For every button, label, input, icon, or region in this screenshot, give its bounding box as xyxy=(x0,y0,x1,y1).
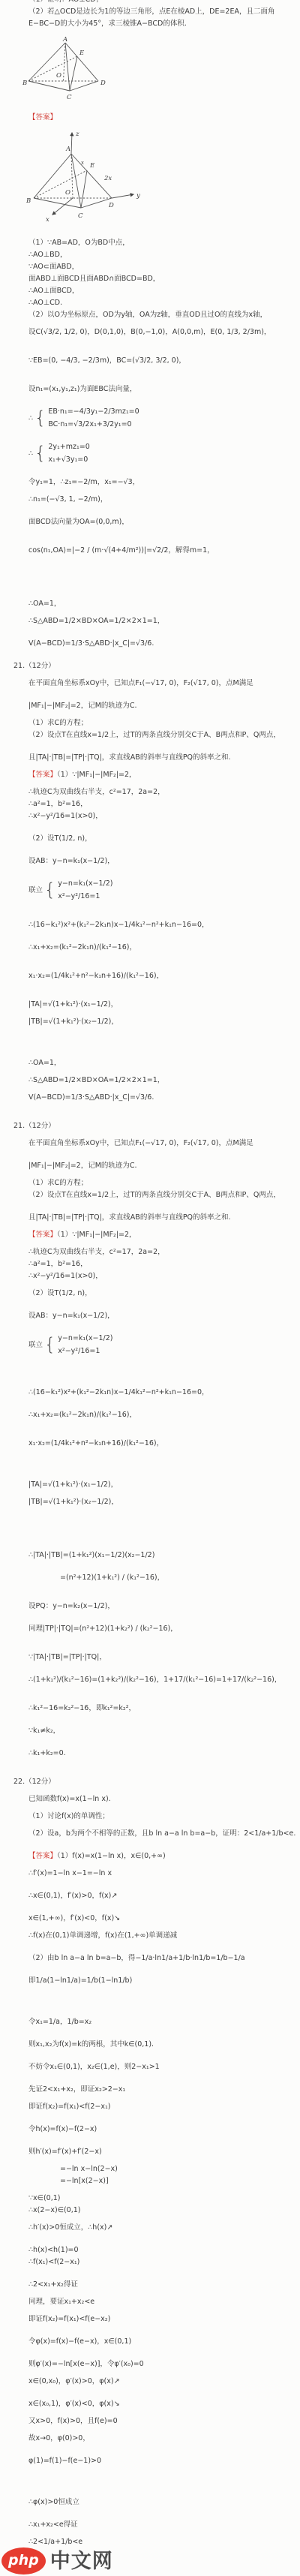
doc-line: 且|TA|·|TB|=|TP|·|TQ|，求直线AB的斜率与直线PQ的斜率之和. xyxy=(28,1213,300,1222)
fig2-label-C: C xyxy=(78,212,83,220)
clipped-question-line: （1）证明：AO⊥CD； xyxy=(28,0,300,5)
document-page: （1）证明：AO⊥CD； （2）若△OCD是边长为1的等边三角形，点E在棱AD上… xyxy=(0,0,300,2576)
doc-line: 则φ′(x)=−ln[x(e−x)]，令φ′(x₀)=0 xyxy=(28,2359,300,2369)
tetrahedron-edges xyxy=(28,43,98,91)
doc-line: （1）求C的方程； xyxy=(28,1178,300,1188)
doc-line: 联立{y−n=k₁(x−1/2)x²−y²/16=1 xyxy=(28,879,300,901)
doc-line: 在平面直角坐标系xOy中，已知点F₁(−√17, 0)，F₂(√17, 0)，点… xyxy=(28,1138,300,1148)
answer-label: 【答案】 xyxy=(28,771,57,779)
doc-line: ∴S△ABD=1/2×BD×OA=1/2×2×1=1， xyxy=(28,1075,300,1085)
doc-line: （2）设T(1/2, n)， xyxy=(28,834,300,843)
figure-tetrahedron: A E O B D C xyxy=(22,36,300,102)
doc-line: ∴OA=1， xyxy=(28,1058,300,1068)
tetrahedron-axes-edges xyxy=(34,133,133,215)
doc-line: 同理，要证x₁+x₂<e xyxy=(28,2297,300,2307)
doc-line: 同理|TP|·|TQ|=(n²+12)(1+k₂²) / (k₂²−16)， xyxy=(28,1624,300,1634)
doc-line: ∴AO⊥BD， xyxy=(28,250,300,260)
doc-line: 故x→0，φ(0)>0， xyxy=(28,2433,300,2443)
doc-line: 令y₁=1，∴z₁=−2/m，x₁=−√3， xyxy=(28,477,300,487)
doc-line: V(A−BCD)=1/3·S△ABD·|x_C|=√3/6. xyxy=(28,1093,300,1102)
question-number: 21.（12分） xyxy=(13,1121,300,1131)
doc-line: ∴x²−y²/16=1(x>0)， xyxy=(28,811,300,821)
doc-line: ∵AO⊂面ABD， xyxy=(28,262,300,272)
doc-line: 设PQ：y−n=k₂(x−1/2)， xyxy=(28,1601,300,1611)
fig2-label-segment-x: x xyxy=(81,160,84,166)
doc-line: （2）设a，b为两个不相等的正数，且b ln a−a ln b=a−b，证明：2… xyxy=(28,1829,300,1838)
doc-line: ∴x²−y²/16=1(x>0)， xyxy=(28,1271,300,1281)
tetrahedron-figure: A E O B D C xyxy=(22,36,120,102)
doc-line: 先证2<x₁+x₂，即证x₂>2−x₁ xyxy=(28,2085,300,2094)
doc-line: V(A−BCD)=1/3·S△ABD·|x_C|=√3/6. xyxy=(28,639,300,648)
doc-lines: （1）∵AB=AD，O为BD中点，∴AO⊥BD，∵AO⊂面ABD，面ABD⊥面B… xyxy=(0,238,300,2547)
doc-line: ∵|TA|·|TB|=|TP|·|TQ|， xyxy=(28,1652,300,1662)
answer-heading: 【答案】 xyxy=(28,113,300,122)
doc-line: ∴2<1/a+1/b<e xyxy=(28,2537,300,2547)
answer-label: 【答案】 xyxy=(28,1852,57,1860)
doc-line: ∴(16−k₁²)x²+(k₁²−2k₁n)x−1/4k₁²−n²+k₁n−16… xyxy=(28,1387,300,1397)
doc-line: （2）设点T在直线x=1/2上，过T的两条直线分别交C于A、B两点和P、Q两点， xyxy=(28,1190,300,1200)
php-logo: php xyxy=(1,2547,46,2574)
doc-line: x∈(1,+∞)，f′(x)<0，f(x)↘ xyxy=(28,1913,300,1923)
fig1-label-D: D xyxy=(100,80,106,87)
doc-line: 即证f(x₂)=f(x₁)<f(e−x₂) xyxy=(28,2314,300,2324)
fig1-label-O: O xyxy=(56,72,61,80)
answer-label: 【答案】 xyxy=(28,1231,57,1239)
fig1-label-E: E xyxy=(79,50,85,57)
doc-line: |TA|=√(1+k₁²)·(x₁−1/2)， xyxy=(28,1480,300,1489)
doc-line: ∴{2y₁+mz₁=0x₁+√3y₁=0 xyxy=(28,442,300,464)
doc-line: ∴AO⊥CD. xyxy=(28,298,300,308)
doc-line: （2）设T(1/2, n)， xyxy=(28,1288,300,1298)
doc-line: 即1/a(1−ln1/a)=1/b(1−ln1/b) xyxy=(28,1976,300,1985)
doc-line: ∴(16−k₁²)x²+(k₁²−2k₁n)x−1/4k₁²−n²+k₁n−16… xyxy=(28,920,300,930)
doc-line: （1）讨论f(x)的单调性； xyxy=(28,1811,300,1821)
question-number: 22.（12分） xyxy=(13,1777,300,1787)
doc-line: |TA|=√(1+k₁²)·(x₁−1/2)， xyxy=(28,999,300,1009)
doc-line: ∴x(2−x)∈(0,1) xyxy=(28,2205,300,2215)
doc-line: 【答案】（1）f(x)=x(1−ln x)，x∈(0,+∞) xyxy=(28,1851,300,1861)
fig2-label-z-axis: z xyxy=(75,131,79,138)
doc-line: ∴a²=1，b²=16， xyxy=(28,799,300,809)
doc-line: x∈(x₀,1)，φ′(x)<0，φ(x)↘ xyxy=(28,2399,300,2409)
watermark: php 中文网 xyxy=(1,2547,113,2574)
doc-line: 在平面直角坐标系xOy中，已知点F₁(−√17, 0)，F₂(√17, 0)，点… xyxy=(28,678,300,688)
doc-line: ∴AO⊥面BCD， xyxy=(28,286,300,296)
doc-line: |TB|=√(1+k₁²)·(x₂−1/2)， xyxy=(28,1017,300,1026)
doc-line: ∵EB=(0, −4/3, −2/3m)，BC=(√3/2, 3/2, 0)， xyxy=(28,356,300,365)
doc-line: ∴k₁²−16=k₂²−16，即k₁²=k₂²， xyxy=(28,1703,300,1713)
fig1-label-A: A xyxy=(62,36,67,44)
doc-line: x₁·x₂=(1/4k₁²+n²−k₁n+16)/(k₁²−16)， xyxy=(28,1438,300,1448)
doc-line: 设AB：y−n=k₁(x−1/2)， xyxy=(28,856,300,866)
fig2-label-E: E xyxy=(89,162,95,170)
doc-line: |TB|=√(1+k₁²)·(x₂−1/2)， xyxy=(28,1497,300,1507)
doc-line: ∴x₁+x₂=(k₁²−2k₁n)/(k₁²−16)， xyxy=(28,942,300,952)
question-number: 21.（12分） xyxy=(13,661,300,671)
doc-line: 【答案】（1）∵|MF₁|−|MF₂|=2， xyxy=(28,770,300,780)
doc-line: ∴x₁+x₂=(k₁²−2k₁n)/(k₁²−16)， xyxy=(28,1410,300,1420)
question-part2-line2: E−BC−D的大小为45°，求三棱锥A−BCD的体积. xyxy=(28,19,300,29)
doc-line: 面BCD法向量为OA=(0,0,m)， xyxy=(28,517,300,527)
doc-line: =−ln[x(2−x)] xyxy=(60,2176,300,2186)
tetrahedron-axes-figure: z A x E 2x O B y D C x xyxy=(15,125,150,225)
doc-line: （2）由b ln a−a ln b=a−b，得−1/a·ln1/a+1/b·ln… xyxy=(28,1953,300,1963)
y-axis xyxy=(112,194,133,198)
doc-line: 已知函数f(x)=x(1−ln x). xyxy=(28,1794,300,1804)
doc-line: （1）求C的方程； xyxy=(28,718,300,728)
doc-line: 面ABD⊥面BCD且面ABD∩面BCD=BD， xyxy=(28,274,300,284)
doc-line: ∵x∈(0,1) xyxy=(28,2193,300,2203)
doc-line: φ(1)=f(1)−f(e−1)>0 xyxy=(28,2456,300,2466)
doc-line: ∴轨迹C为双曲线右半支，c²=17，2a=2， xyxy=(28,787,300,797)
doc-line: ∴a²=1，b²=16， xyxy=(28,1259,300,1269)
fig1-label-B: B xyxy=(22,80,27,87)
doc-line: 且|TA|·|TB|=|TP|·|TQ|，求直线AB的斜率与直线PQ的斜率之和. xyxy=(28,753,300,762)
doc-line: ∴x∈(0,1)，f′(x)>0，f(x)↗ xyxy=(28,1891,300,1901)
doc-line: ∴OA=1， xyxy=(28,599,300,609)
doc-line: ∴{EB·n₁=−4/3y₁−2/3mz₁=0BC·n₁=√3/2x₁+3/2y… xyxy=(28,407,300,429)
doc-line: ∴h′(x)>0恒成立，∴h(x)↗ xyxy=(28,2223,300,2232)
doc-line: ∴k₁+k₂=0. xyxy=(28,1748,300,1758)
doc-line: |MF₁|−|MF₂|=2，记M的轨迹为C. xyxy=(28,1161,300,1171)
doc-line: =−ln x−ln(2−x) xyxy=(60,2164,300,2174)
fig1-label-C: C xyxy=(67,94,72,101)
doc-line: ∴轨迹C为双曲线右半支，c²=17，2a=2， xyxy=(28,1247,300,1257)
doc-line: 设C(√3/2, 1/2, 0)，D(0,1,0)，B(0,−1,0)，A(0,… xyxy=(28,327,300,337)
fig2-label-D: D xyxy=(108,202,114,209)
doc-line: cos⟨n₁,OA⟩=|−2 / (m·√(4+4/m²))|=√2/2，解得m… xyxy=(28,546,300,555)
fig2-label-x-axis: x xyxy=(46,216,49,224)
fig2-label-O: O xyxy=(65,189,70,197)
doc-line: 设n₁=(x₁,y₁,z₁)为面EBC法向量， xyxy=(28,384,300,394)
doc-line: ∴|TA|·|TB|=(1+k₁²)(x₁−1/2)(x₂−1/2) xyxy=(28,1550,300,1560)
doc-line: ∴φ(x)>0恒成立 xyxy=(28,2497,300,2507)
doc-line: ∴f(x)在(0,1)单调递增，f(x)在(1,+∞)单调递减 xyxy=(28,1931,300,1940)
doc-line: ∴f′(x)=1−ln x−1=−ln x xyxy=(28,1868,300,1878)
doc-line: 即证f(x₂)=f(x₁)<f(2−x₁) xyxy=(28,2102,300,2112)
doc-line: x∈(0,x₀)，φ′(x)>0，φ(x)↗ xyxy=(28,2376,300,2386)
doc-line: ∴n₁=(−√3, 1, −2/m)， xyxy=(28,494,300,504)
doc-line: 联立{y−n=k₁(x−1/2)x²−y²/16=1 xyxy=(28,1333,300,1356)
doc-line: 不妨令x₁∈(0,1)，x₂∈(1,e)，则2−x₁>1 xyxy=(28,2062,300,2072)
doc-line: ∴f(x₁)<f(2−x₁) xyxy=(28,2257,300,2267)
fig2-label-y-axis: y xyxy=(136,192,140,200)
fig2-label-B: B xyxy=(25,197,31,205)
fig2-label-A: A xyxy=(65,146,70,153)
doc-line: （1）∵AB=AD，O为BD中点， xyxy=(28,238,300,248)
doc-line: （2）设点T在直线x=1/2上，过T的两条直线分别交C于A、B两点和P、Q两点， xyxy=(28,730,300,740)
doc-line: ∴(1+k₁²)/(k₁²−16)=(1+k₂²)/(k₂²−16)，1+17/… xyxy=(28,1675,300,1685)
doc-line: 又x>0，f(x)>0，且f(e)=0 xyxy=(28,2416,300,2426)
figure-tetrahedron-axes: z A x E 2x O B y D C x xyxy=(15,125,300,225)
doc-line: x₁·x₂=(1/4k₁²+n²−k₁n+16)/(k₁²−16)， xyxy=(28,971,300,981)
z-axis xyxy=(71,133,72,154)
doc-line: |MF₁|−|MF₂|=2，记M的轨迹为C. xyxy=(28,701,300,711)
doc-line: 则h′(x)=f′(x)+f′(2−x) xyxy=(28,2147,300,2157)
doc-line: ∴h(x)<h(1)=0 xyxy=(28,2245,300,2255)
doc-line: 令x₁=1/a，1/b=x₂ xyxy=(28,2017,300,2027)
doc-line: ∴S△ABD=1/2×BD×OA=1/2×2×1=1， xyxy=(28,616,300,626)
doc-line: 令h(x)=f(x)−f(2−x) xyxy=(28,2124,300,2134)
doc-line: 令φ(x)=f(x)−f(e−x)，x∈(0,1) xyxy=(28,2337,300,2346)
doc-line: 则x₁,x₂为f(x)=k的两根，其中k∈(0,1). xyxy=(28,2039,300,2049)
answer-label: 【答案】 xyxy=(28,113,57,122)
doc-line: 设AB：y−n=k₁(x−1/2)， xyxy=(28,1311,300,1321)
watermark-site-name: 中文网 xyxy=(50,2556,113,2566)
doc-line: （2）以O为坐标原点，OD为y轴，OA为z轴，垂直OD且过O的直线为x轴， xyxy=(28,310,300,320)
doc-line: =(n²+12)(1+k₁²) / (k₁²−16)， xyxy=(60,1573,300,1583)
x-axis xyxy=(52,198,73,215)
doc-line: ∴x₁+x₂<e得证 xyxy=(28,2520,300,2529)
doc-line: 【答案】（1）∵|MF₁|−|MF₂|=2， xyxy=(28,1230,300,1240)
doc-line: ∴2<x₁+x₂得证 xyxy=(28,2280,300,2289)
fig2-label-segment-2x: 2x xyxy=(103,175,112,182)
question-part2-line1: （2）若△OCD是边长为1的等边三角形，点E在棱AD上，DE=2EA，且二面角 xyxy=(28,7,300,17)
doc-line: ∵k₁≠k₂， xyxy=(28,1726,300,1736)
